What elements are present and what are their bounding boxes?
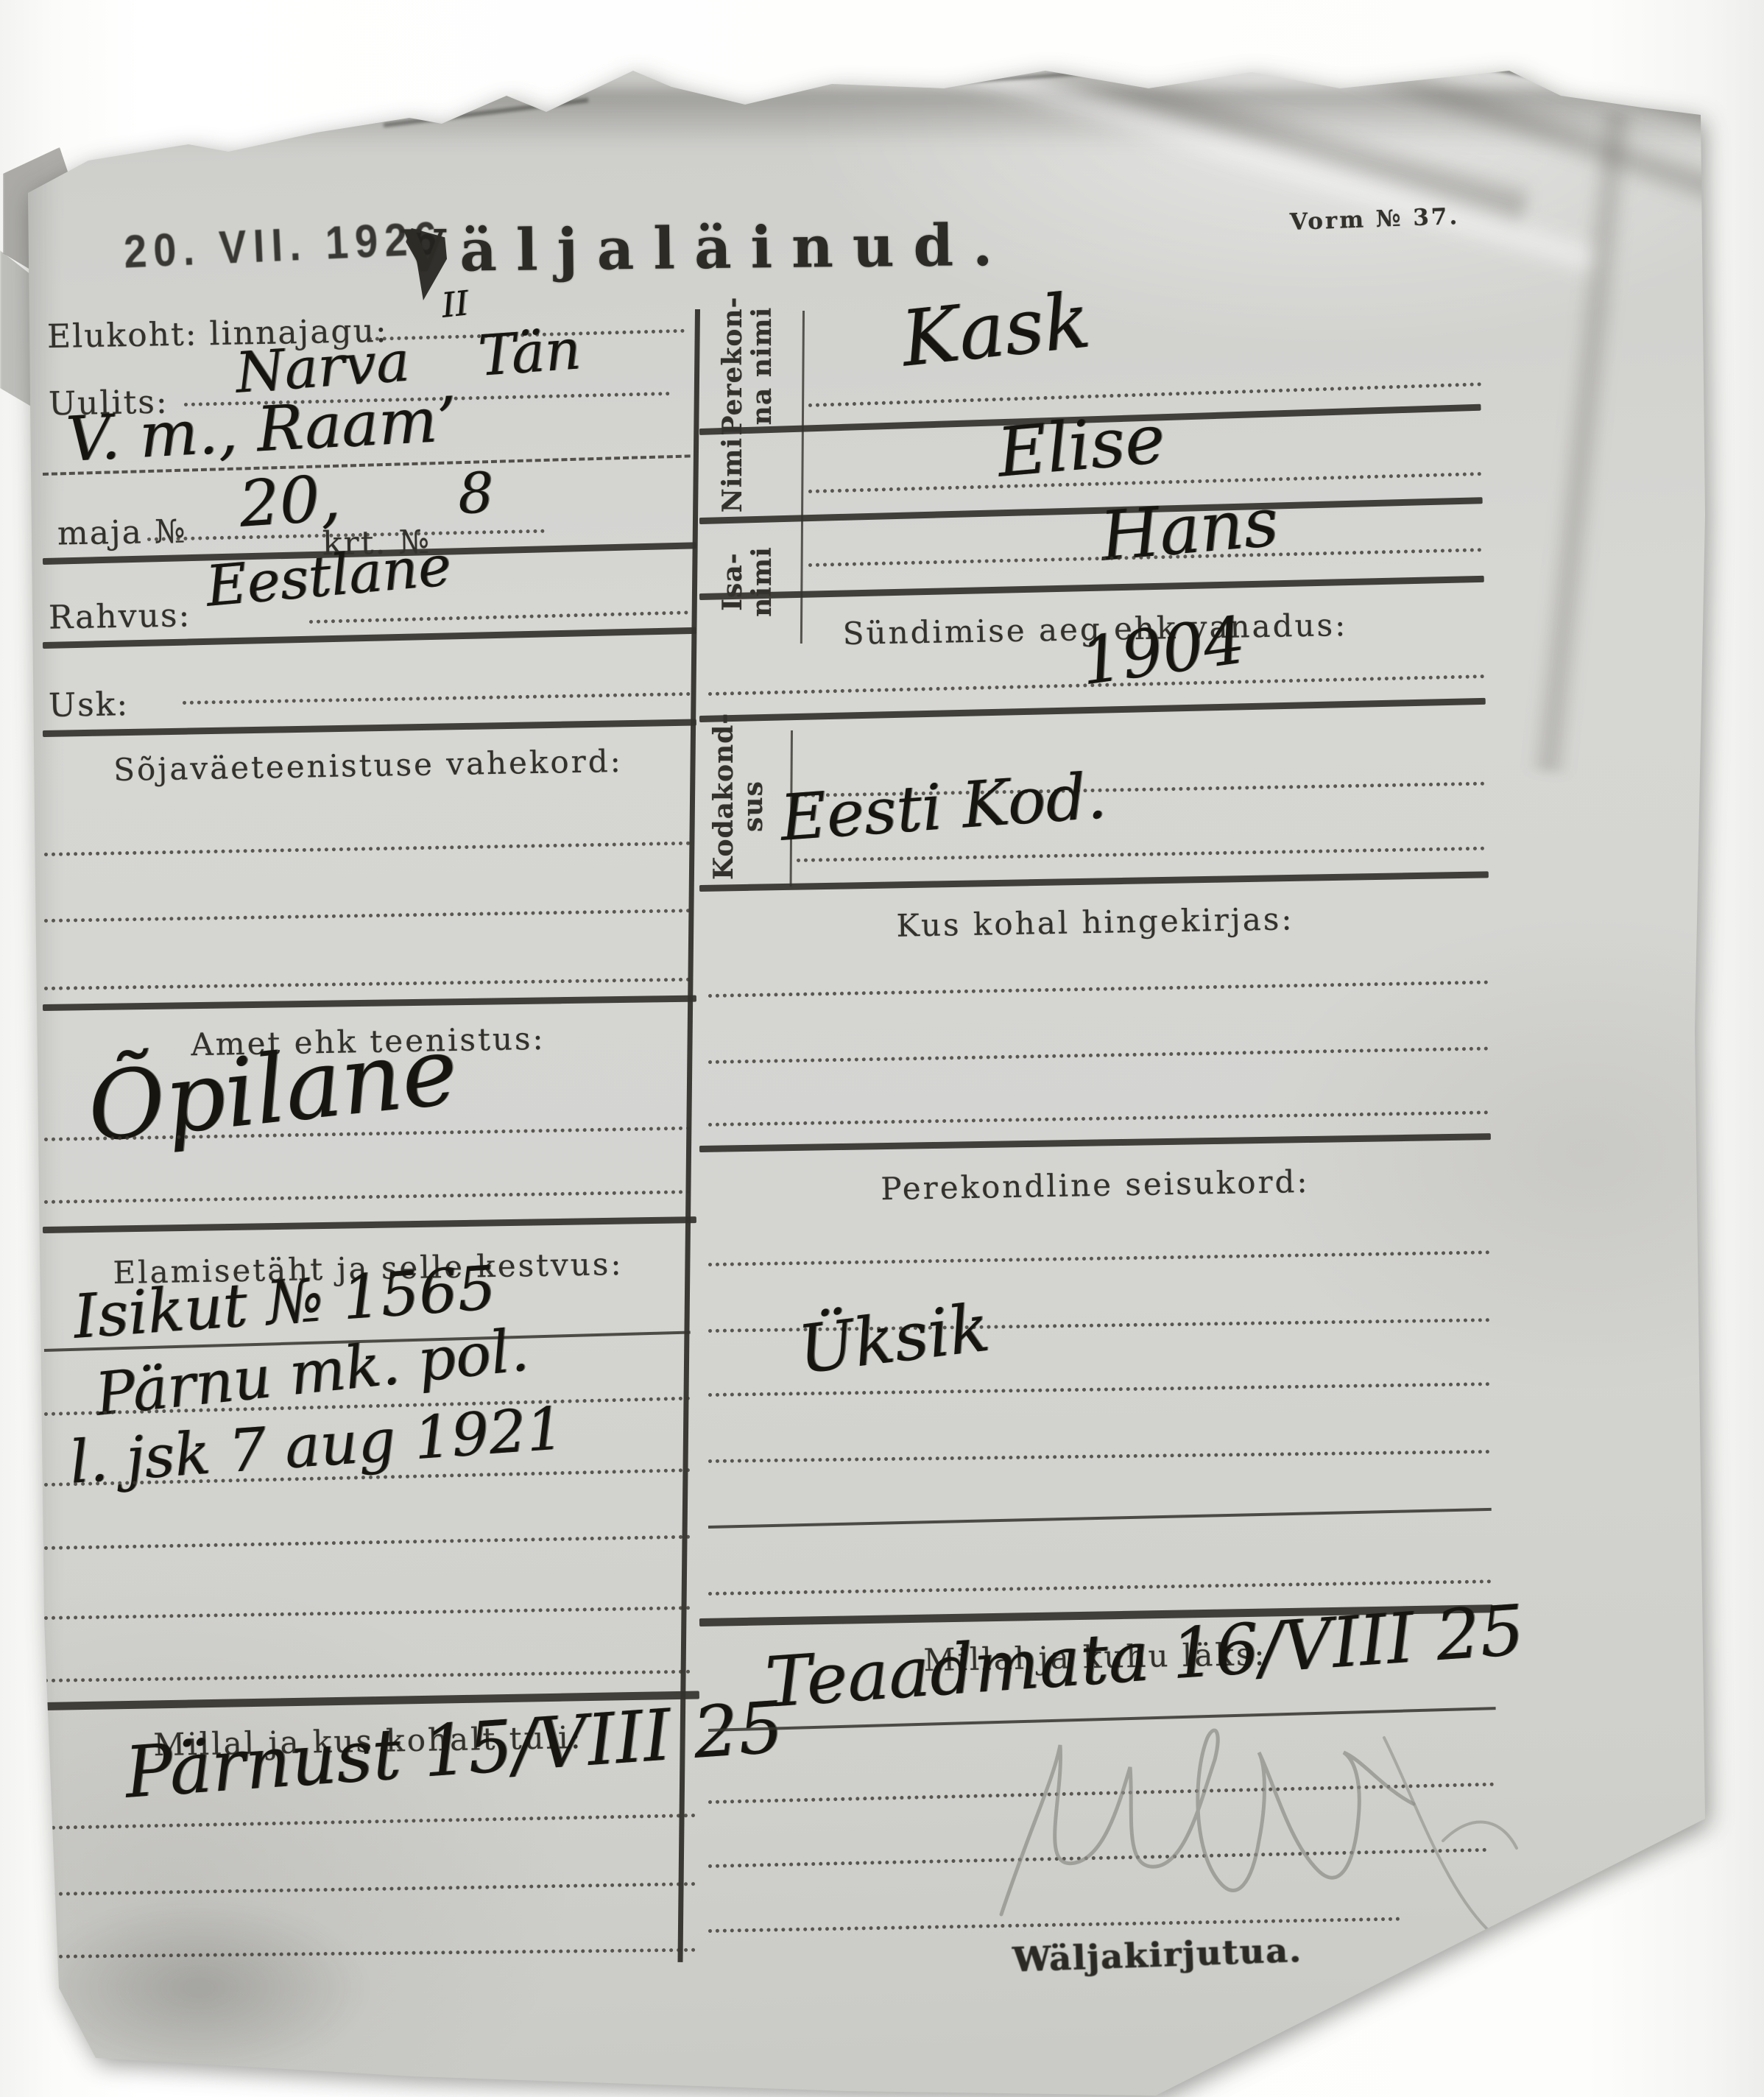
- torn-edge-shadow: [1436, 57, 1611, 92]
- dotted-line: [44, 1190, 691, 1204]
- crease-shadow: [29, 1900, 368, 2076]
- dotted-line: [708, 981, 1489, 998]
- handwriting-kodakondsus: Eesti Kod.: [778, 759, 1109, 856]
- field-label-usk: Usk:: [49, 686, 130, 725]
- section-header-perekondline: Perekondline seisukord:: [699, 1160, 1492, 1210]
- crease-fold: [1526, 110, 1640, 773]
- form-title: Väljaläinud.: [401, 212, 1012, 286]
- dotted-line: [708, 1047, 1489, 1064]
- paper-surface: 20. VII. 1926 Väljaläinud. Vorm № 37. El…: [0, 0, 1764, 2097]
- torn-edge-shadow: [384, 98, 589, 127]
- section-divider: [43, 995, 696, 1011]
- torn-edge-shadow: [928, 68, 1134, 86]
- field-label-line: Kodakond-: [709, 733, 738, 880]
- section-divider: [699, 1133, 1491, 1152]
- handwriting-perekondline: Üksik: [794, 1289, 994, 1389]
- field-label-maja: maja №: [57, 512, 187, 552]
- handwriting-nimi: Elise: [994, 399, 1168, 492]
- handwriting-perekonnanimi: Kask: [897, 275, 1094, 384]
- section-divider: [699, 576, 1484, 600]
- dotted-line: [44, 1535, 691, 1550]
- dotted-line: [309, 610, 688, 624]
- dotted-line: [708, 1250, 1490, 1266]
- paper-sheet: 20. VII. 1926 Väljaläinud. Vorm № 37. El…: [0, 0, 1764, 2097]
- crease-fold: [456, 0, 1531, 232]
- section-header-hingekirjas: Kus kohal hingekirjas:: [699, 898, 1492, 948]
- handwriting-krt: 8: [456, 459, 494, 526]
- dotted-line: [44, 1606, 691, 1620]
- torn-edge-shadow: [613, 54, 757, 94]
- dotted-line: [708, 1110, 1489, 1127]
- section-divider: [43, 1216, 696, 1233]
- handwriting-isanimi: Hans: [1097, 482, 1281, 577]
- dotted-line: [183, 692, 691, 705]
- dotted-line: [708, 1579, 1492, 1596]
- dotted-line: [44, 1882, 696, 1896]
- section-divider: [699, 497, 1483, 524]
- date-stamp: 20. VII. 1926: [123, 211, 445, 279]
- section-divider: [699, 698, 1486, 722]
- field-label-kodakondsus: Kodakond- sus: [709, 733, 775, 880]
- handwriting-elukoht: II: [440, 283, 470, 325]
- dotted-line: [44, 1814, 696, 1830]
- dotted-line: [44, 978, 691, 990]
- dotted-line: [44, 909, 691, 923]
- solid-line: [708, 1508, 1492, 1529]
- crease-fold: [1277, 0, 1764, 205]
- pencil-signature: [972, 1694, 1546, 1959]
- section-header-sojavae: Sõjaväeteenistuse vahekord:: [44, 741, 693, 789]
- crease-fold: [0, 88, 1723, 147]
- dotted-line: [44, 842, 691, 856]
- dotted-line: [44, 1948, 696, 1959]
- dotted-line: [708, 1450, 1490, 1463]
- dotted-line: [797, 847, 1485, 862]
- dotted-line: [44, 1670, 691, 1682]
- handwriting-rahvus: Eestlane: [203, 532, 454, 619]
- field-label-line: sus: [738, 733, 768, 880]
- section-divider: [699, 871, 1489, 892]
- form-number: Vorm № 37.: [1289, 203, 1459, 236]
- scanned-document: 20. VII. 1926 Väljaläinud. Vorm № 37. El…: [0, 0, 1764, 2097]
- crease-fold: [779, 0, 1764, 225]
- field-label-rahvus: Rahvus:: [49, 596, 191, 636]
- crease-fold: [1049, 0, 1764, 219]
- section-divider: [43, 719, 696, 737]
